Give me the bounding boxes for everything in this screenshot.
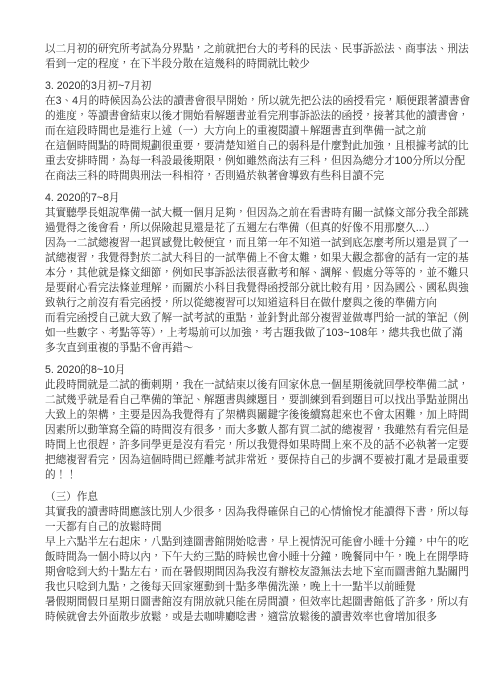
text-line: 把總複習看完，因為這個時間已經離考試非常近，要保持自己的步調不要被打亂才是最重要 xyxy=(45,453,455,468)
text-line: 時候就會去外面散步放鬆，或是去咖啡廳唸書，適當放鬆後的讀書效率也會增加很多 xyxy=(45,610,455,625)
text-line: 在商法三科的時間與刑法一科相符，否則過於執著會導致有些科目讀不完 xyxy=(45,169,455,184)
text-line: 暑假期間假日星期日圖書館沒有開放就只能在房間讀，但效率比起圖書館低了許多，所以有 xyxy=(45,595,455,610)
text-line: 是要耐心看完法條並理解，而關於小科目我覺得函授部分就比較有用，因為國公、國私與強 xyxy=(45,281,455,296)
text-line: 期會唸到大約十點左右，而在暑假期間因為我沒有辦校友證無法去地下室而圖書館九點關門 xyxy=(45,565,455,580)
text-line: 而看完函授自己就大致了解一試考試的重點，並針對此部分複習並做專門給一試的筆記（例 xyxy=(45,311,455,326)
text-line: 多次直到重複的爭點不會再錯～ xyxy=(45,341,455,356)
text-line: 其實我的讀書時間應該比別人少很多，因為我得確保自己的心情愉悅才能讀得下書，所以每 xyxy=(45,505,455,520)
text-line: 而在這段時間也是進行上述（一）大方向上的重複閱讀＋解題書直到準備一試之前 xyxy=(45,124,455,139)
text-line: 飯時間為一個小時以內，下午大約三點的時候也會小睡十分鐘，晚餐同中午，晚上在開學時 xyxy=(45,550,455,565)
text-line: 我也只唸到九點，之後每天回家運動到十點多準備洗澡，晚上十一點半以前睡覺 xyxy=(45,580,455,595)
text-line: 致執行之前沒有看完函授，所以從總複習可以知道這科目在做什麼與之後的準備方向 xyxy=(45,296,455,311)
section-heading: 4. 2020的7~8月 xyxy=(45,191,455,206)
text-line: 如一些數字、考點等等），上考場前可以加強，考古題我做了103~108年，總共我也… xyxy=(45,326,455,341)
text-line: 早上六點半左右起床，八點到達圖書館開始唸書，早上視情況可能會小睡十分鐘，中午的吃 xyxy=(45,535,455,550)
text-line: 重去安排時間，為每一科設最後期限，例如雖然商法有三科，但因為總分才100分所以分… xyxy=(45,154,455,169)
text-line: 時間上也很趕，許多同學更是沒有看完，所以我覺得如果時間上來不及的話不必執著一定要 xyxy=(45,438,455,453)
document-page: 以二月初的研究所考試為分界點，之前就把台大的考科的民法、民事訴訟法、商事法、刑法… xyxy=(0,0,494,700)
document-body: 以二月初的研究所考試為分界點，之前就把台大的考科的民法、民事訴訟法、商事法、刑法… xyxy=(45,42,455,632)
text-line: 本分，其他就是條文細節，例如民事訴訟法很喜歡考和解、調解、假處分等等的，並不難只 xyxy=(45,266,455,281)
text-line: 在3、4月的時候因為公法的讀書會很早開始，所以就先把公法的函授看完，順便跟著讀書… xyxy=(45,94,455,109)
text-line: 因素所以動筆寫全篇的時間沒有很多，而大多數人都有買二試的總複習，我雖然有看完但是 xyxy=(45,423,455,438)
text-line: 以二月初的研究所考試為分界點，之前就把台大的考科的民法、民事訴訟法、商事法、刑法 xyxy=(45,42,455,57)
section-heading: （三）作息 xyxy=(45,490,455,505)
text-line: 其實聽學長姐說準備一試大概一個月足夠，但因為之前在看書時有關一試條文部分我全部跳 xyxy=(45,206,455,221)
text-line: 二試幾乎就是看自己準備的筆記、解題書與練題目，要訓練到看到題目可以找出爭點並開出 xyxy=(45,393,455,408)
paragraph-plan-2020-aug-oct: 5. 2020的8~10月此段時間就是二試的衝刺期，我在一試結束以後有回家休息一… xyxy=(45,363,455,483)
paragraph-daily-routine: （三）作息其實我的讀書時間應該比別人少很多，因為我得確保自己的心情愉悅才能讀得下… xyxy=(45,490,455,625)
text-line: 在這個時間點的時間規劃很重要，要清楚知道自己的弱科是什麼對此加強，且根據考試的比 xyxy=(45,139,455,154)
text-line: 此段時間就是二試的衝刺期，我在一試結束以後有回家休息一個星期後就回學校準備二試， xyxy=(45,378,455,393)
text-line: 大致上的架構，主要是因為我覺得有了架構與關鍵字後後續寫起來也不會太困難，加上時間 xyxy=(45,408,455,423)
text-line: 一天都有自己的放鬆時間 xyxy=(45,520,455,535)
paragraph-intro: 以二月初的研究所考試為分界點，之前就把台大的考科的民法、民事訴訟法、商事法、刑法… xyxy=(45,42,455,72)
section-heading: 5. 2020的8~10月 xyxy=(45,363,455,378)
text-line: 看到一定的程度，在下半段分散在這幾科的時間就比較少 xyxy=(45,57,455,72)
text-line: 因為一二試總複習一起買感覺比較便宜，而且第一年不知道一試到底怎麼考所以還是買了一 xyxy=(45,236,455,251)
paragraph-plan-2020-mar-jul: 3. 2020的3月初~7月初在3、4月的時候因為公法的讀書會很早開始，所以就先… xyxy=(45,79,455,184)
text-line: 試總複習，我覺得對於二試大科目的一試準備上不會太難，如果大觀念都會的話有一定的基 xyxy=(45,251,455,266)
text-line: 的進度，等讀書會結束以後才開始看解題書並看完刑事訴訟法的函授，接著其他的讀書會， xyxy=(45,109,455,124)
section-heading: 3. 2020的3月初~7月初 xyxy=(45,79,455,94)
paragraph-plan-2020-jul-aug: 4. 2020的7~8月其實聽學長姐說準備一試大概一個月足夠，但因為之前在看書時… xyxy=(45,191,455,356)
text-line: 過覺得之後會看，所以保險起見還是花了五週左右準備（但真的好像不用那麼久...） xyxy=(45,221,455,236)
text-line: 的！！ xyxy=(45,468,455,483)
